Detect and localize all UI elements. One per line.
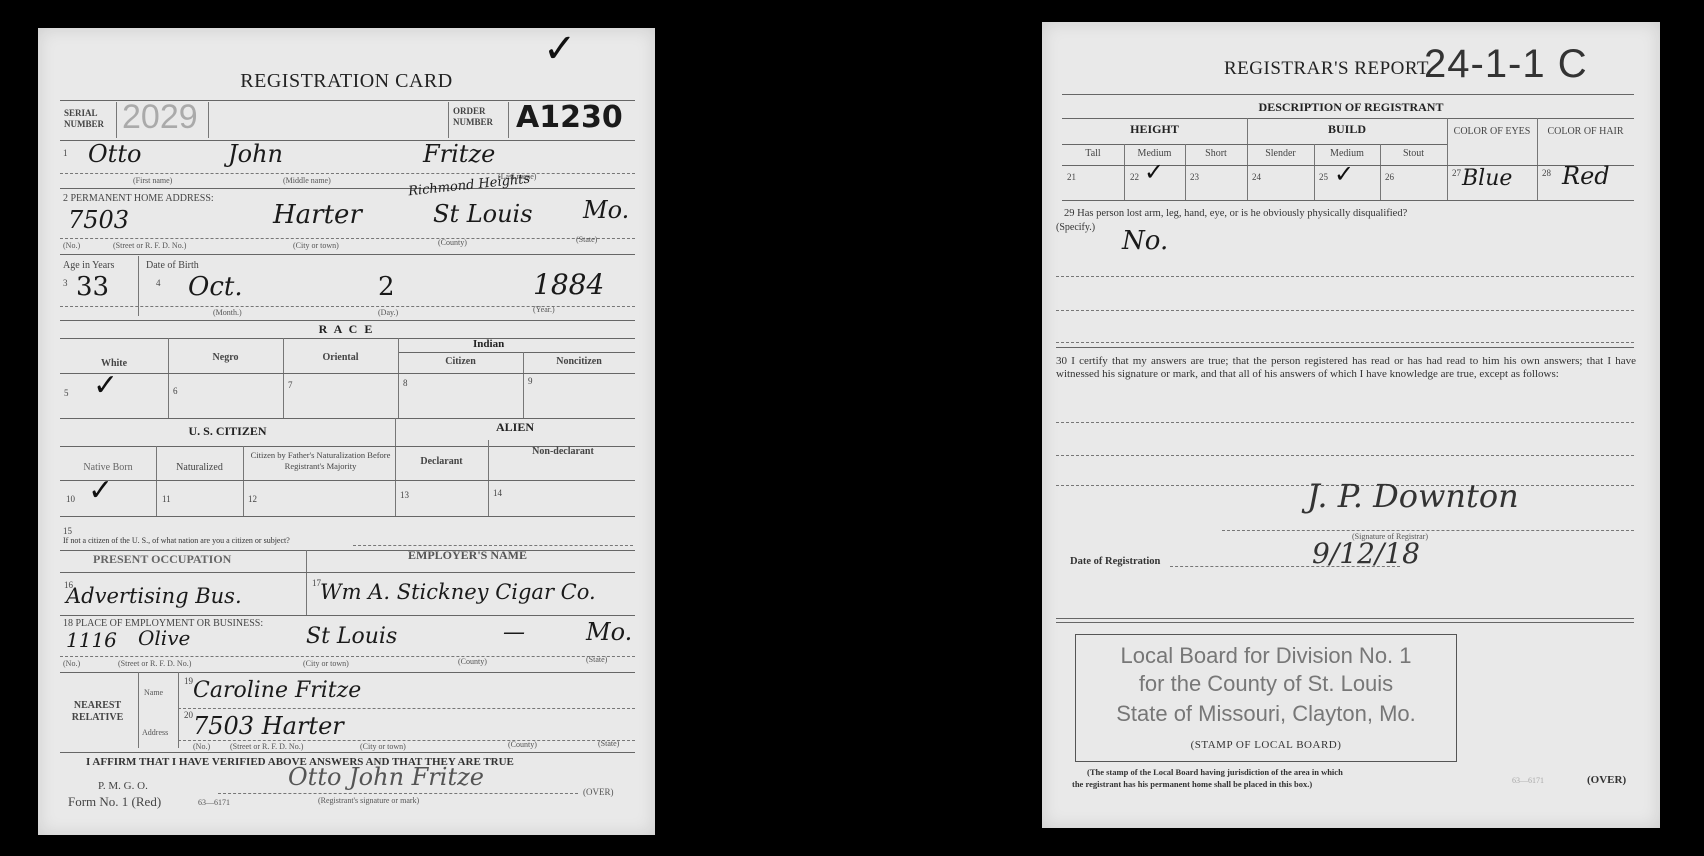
form-code: 63—6171 — [1512, 776, 1544, 785]
field-number: 19 — [184, 676, 193, 686]
caption: (State) — [598, 739, 619, 748]
field-number: 21 — [1067, 172, 1076, 182]
age-value: 33 — [76, 272, 109, 302]
native-born-check-icon: ✓ — [88, 473, 113, 508]
home-number: 7503 — [68, 206, 129, 234]
employer-value: Wm A. Stickney Cigar Co. — [320, 580, 596, 604]
caption: (No.) — [193, 742, 210, 751]
indian-header: Indian — [473, 338, 504, 350]
hair-header: COLOR OF HAIR — [1537, 126, 1634, 138]
age-label: Age in Years — [63, 260, 114, 271]
registrar-signature: J. P. Downton — [1307, 477, 1519, 515]
employment-county: — — [503, 620, 525, 645]
field-number: 25 — [1319, 172, 1328, 182]
native-born-label: Native Born — [60, 462, 156, 473]
registrars-report-card: REGISTRAR'S REPORT 24-1-1 C DESCRIPTION … — [1042, 22, 1660, 828]
middle-name: John — [228, 140, 283, 168]
caption: (City or town) — [360, 742, 406, 751]
alien-header: ALIEN — [395, 420, 635, 435]
q29-answer: No. — [1122, 226, 1168, 256]
caption: (Street or R. F. D. No.) — [113, 241, 186, 250]
relative-address: 7503 Harter — [193, 712, 344, 740]
order-number: A1230 — [516, 100, 623, 135]
order-label: ORDER NUMBER — [453, 106, 505, 128]
citizen-by-father-label: Citizen by Father's Naturalization Befor… — [248, 450, 393, 472]
stamp-line3: State of Missouri, Clayton, Mo. — [1076, 701, 1456, 727]
caption: (County) — [438, 238, 467, 247]
home-city-note: Richmond Heights — [408, 172, 531, 200]
height-medium-check-icon: ✓ — [1144, 158, 1164, 186]
build-stout-label: Stout — [1380, 148, 1447, 159]
home-state: Mo. — [583, 196, 629, 224]
home-address-label: 2 PERMANENT HOME ADDRESS: — [63, 193, 214, 204]
employment-city: St Louis — [306, 624, 397, 649]
race-indian-noncitizen-label: Noncitizen — [523, 356, 635, 367]
field-number: 7 — [288, 380, 293, 390]
caption: (No.) — [63, 241, 80, 250]
caption: (County) — [508, 740, 537, 749]
caption: (State) — [586, 655, 607, 664]
race-negro-label: Negro — [168, 352, 283, 363]
field-number: 6 — [173, 386, 178, 396]
occupation-header: PRESENT OCCUPATION — [93, 552, 231, 567]
field-number: 28 — [1542, 168, 1551, 178]
serial-number: 2029 — [122, 98, 198, 137]
eyes-header: COLOR OF EYES — [1447, 126, 1537, 138]
race-white-check-icon: ✓ — [93, 368, 118, 403]
build-header: BUILD — [1247, 122, 1447, 137]
race-indian-citizen-label: Citizen — [398, 356, 523, 367]
field-number: 11 — [162, 494, 171, 504]
stamp-code: 24-1-1 C — [1424, 42, 1588, 87]
form-code: 63—6171 — [198, 798, 230, 807]
caption: (No.) — [63, 659, 80, 668]
caption: (Day.) — [378, 308, 398, 317]
non-declarant-label: Non-declarant — [508, 446, 618, 458]
over-label: (OVER) — [583, 787, 614, 797]
field-number: 12 — [248, 494, 257, 504]
registration-card: ✓ REGISTRATION CARD SERIAL NUMBER 2029 O… — [38, 28, 655, 835]
caption: (Month.) — [213, 308, 242, 317]
dob-year: 1884 — [533, 268, 604, 301]
relative-name: Caroline Fritze — [193, 678, 361, 703]
serial-label: SERIAL NUMBER — [64, 108, 114, 130]
field-number: 10 — [66, 494, 75, 504]
home-county: St Louis — [433, 200, 533, 228]
card-title: REGISTRATION CARD — [38, 70, 655, 93]
local-board-stamp-box: Local Board for Division No. 1 for the C… — [1075, 634, 1457, 762]
race-oriental-label: Oriental — [283, 352, 398, 363]
build-slender-label: Slender — [1247, 148, 1314, 159]
field-number: 9 — [528, 376, 533, 386]
check-mark-icon: ✓ — [543, 26, 577, 72]
field-number: 14 — [493, 488, 502, 498]
date-of-registration-label: Date of Registration — [1070, 556, 1160, 567]
field-number: 15 — [63, 526, 72, 536]
caption: (State) — [576, 235, 597, 244]
eye-color: Blue — [1462, 166, 1512, 191]
last-name: Fritze — [423, 140, 495, 168]
footnote-line1: (The stamp of the Local Board having jur… — [1087, 767, 1343, 777]
dob-day: 2 — [378, 272, 395, 302]
home-street: Harter — [273, 200, 362, 230]
caption: (Middle name) — [283, 176, 331, 185]
caption: (Year.) — [533, 305, 555, 314]
build-medium-check-icon: ✓ — [1334, 160, 1354, 188]
relative-name-label: Name — [144, 688, 163, 697]
stamp-caption: (STAMP OF LOCAL BOARD) — [1076, 739, 1456, 751]
stamp-line1: Local Board for Division No. 1 — [1076, 643, 1456, 669]
caption: (Street or R. F. D. No.) — [118, 659, 191, 668]
field-number: 5 — [64, 388, 69, 398]
naturalized-label: Naturalized — [156, 462, 243, 473]
employment-street: Olive — [138, 626, 190, 650]
footnote-line2: the registrant has his permanent home sh… — [1072, 779, 1312, 789]
first-name: Otto — [88, 140, 141, 168]
race-header: R A C E — [38, 322, 655, 337]
hair-color: Red — [1562, 162, 1610, 190]
report-title: REGISTRAR'S REPORT — [1224, 58, 1429, 80]
field-number: 20 — [184, 710, 193, 720]
field-number: 3 — [63, 278, 68, 288]
field-number: 26 — [1385, 172, 1394, 182]
stamp-line2: for the County of St. Louis — [1076, 671, 1456, 697]
q29-specify: (Specify.) — [1056, 222, 1095, 233]
over-label: (OVER) — [1587, 774, 1626, 786]
employment-number: 1116 — [66, 628, 117, 652]
build-medium-label: Medium — [1314, 148, 1380, 159]
field-number: 22 — [1130, 172, 1139, 182]
caption: (City or town) — [293, 241, 339, 250]
q15-text: If not a citizen of the U. S., of what n… — [63, 536, 290, 545]
field-number: 23 — [1190, 172, 1199, 182]
registrant-signature: Otto John Fritze — [288, 763, 484, 791]
q30-text: 30 I certify that my answers are true; t… — [1056, 355, 1636, 381]
field-number: 13 — [400, 490, 409, 500]
date-of-registration-value: 9/12/18 — [1312, 537, 1420, 570]
nearest-relative-label: NEAREST RELATIVE — [60, 700, 135, 724]
field-number: 4 — [156, 278, 161, 288]
caption: (City or town) — [303, 659, 349, 668]
signature-caption: (Registrant's signature or mark) — [318, 796, 419, 805]
height-header: HEIGHT — [1062, 122, 1247, 137]
height-short-label: Short — [1185, 148, 1247, 159]
caption: (Street or R. F. D. No.) — [230, 742, 303, 751]
dob-label: Date of Birth — [146, 260, 199, 271]
field-number: 8 — [403, 378, 408, 388]
employer-header: EMPLOYER'S NAME — [408, 548, 527, 563]
declarant-label: Declarant — [395, 456, 488, 467]
height-tall-label: Tall — [1062, 148, 1124, 159]
q29-text: 29 Has person lost arm, leg, hand, eye, … — [1064, 208, 1407, 219]
employment-state: Mo. — [586, 618, 632, 646]
relative-address-label: Address — [142, 728, 168, 737]
occupation-value: Advertising Bus. — [66, 584, 242, 608]
form-line1: P. M. G. O. — [98, 780, 148, 792]
field-number: 24 — [1252, 172, 1261, 182]
description-header: DESCRIPTION OF REGISTRANT — [1042, 100, 1660, 115]
us-citizen-header: U. S. CITIZEN — [60, 424, 395, 439]
caption: (County) — [458, 657, 487, 666]
dob-month: Oct. — [188, 272, 243, 302]
field-number: 27 — [1452, 168, 1461, 178]
form-line2: Form No. 1 (Red) — [68, 794, 161, 810]
field-number: 1 — [63, 148, 68, 158]
caption: (First name) — [133, 176, 172, 185]
